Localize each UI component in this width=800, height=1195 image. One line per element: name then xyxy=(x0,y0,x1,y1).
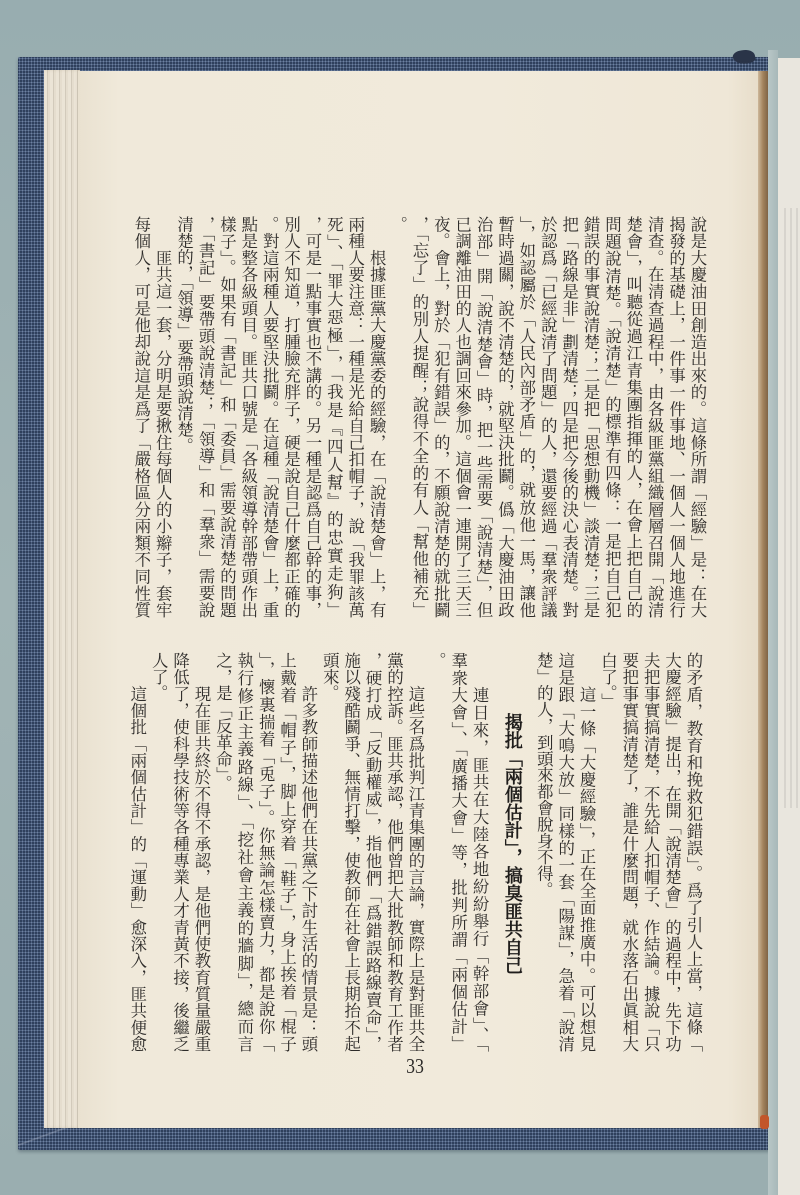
text-column: 人了。 xyxy=(148,652,169,1052)
text-column: 施以殘酷鬬爭、無情打擊，使教師在社會上長期抬不起 xyxy=(340,652,361,1052)
text-column: 說是大慶油田創造出來的。這條所謂「經驗」是：在大 xyxy=(687,216,708,618)
text-column: ，硬打成「反動權威」，指他們「爲錯誤路線賣命」， xyxy=(362,652,383,1052)
text-column: 把「路線是非」劃清楚；四是把今後的決心表清楚。對 xyxy=(558,216,579,618)
text-column: 這是跟「大鳴大放」同樣的一套「陽謀」，急着「說清 xyxy=(554,652,575,1052)
text-column: 現在匪共終於不得不承認，是他們使教育質量嚴重 xyxy=(191,652,212,1052)
page-stack-edge xyxy=(44,70,80,1128)
text-column: ，可是一點事實也不講的。另一種是認爲自己幹的事， xyxy=(302,216,323,618)
text-column: 問題說清楚。「說清楚」的標準有四條：一是把自己犯 xyxy=(601,216,622,618)
text-column: 清楚的，「領導」要帶頭說清楚。 xyxy=(173,216,194,618)
text-column: 根據匪黨大慶黨委的經驗，在「說清楚會」上，有 xyxy=(366,216,387,618)
text-column: ，「忘了」的別人提醒；說得不全的有人「幫他補充」 xyxy=(409,216,430,618)
text-column: 要把事實搞清楚了，誰是什麼問題，就水落石出眞相大 xyxy=(618,652,639,1052)
text-column: 夜。會上，對於「犯有錯誤」的，不願說清楚的就批鬬 xyxy=(430,216,451,618)
top-text-block: 說是大慶油田創造出來的。這條所謂「經驗」是：在大 揭發的基礎上，一件事一件事地、… xyxy=(130,216,708,618)
text-column: 這些名爲批判江青集團的言論，實際上是對匪共全 xyxy=(405,652,426,1052)
text-column: 降低了，使科學技術等各種專業人才青黃不接，後繼乏 xyxy=(169,652,190,1052)
text-column: 匪共這一套，分明是要揪住每個人的小辮子，套牢 xyxy=(152,216,173,618)
text-column: 這個批「兩個估計」的「運動」愈深入，匪共便愈 xyxy=(126,652,147,1052)
text-column: 死」、「罪大惡極」，「我是『四人幫』的忠實走狗」 xyxy=(323,216,344,618)
text-column: 別人不知道，打腫臉充胖子，硬是說自己什麼都正確的 xyxy=(280,216,301,618)
text-column: 清查。在清查過程中，由各級匪黨組織層層召開「說清 xyxy=(644,216,665,618)
text-column: 。 xyxy=(387,216,408,618)
text-column: 」，如認屬於「人民內部矛盾」的，就放他一馬，讓他 xyxy=(515,216,536,618)
text-column: 每個人，可是他却說這是爲了「嚴格區分兩類不同性質 xyxy=(130,216,151,618)
text-column: 頭來。 xyxy=(319,652,340,1052)
text-column: 許多教師描述他們在共黨之下討生活的情景是：頭 xyxy=(298,652,319,1052)
binding-strip xyxy=(768,50,778,1195)
text-column: 羣衆大會」、「廣播大會」等，批判所謂「兩個估計」 xyxy=(447,652,468,1052)
page-number: 33 xyxy=(398,1054,432,1079)
text-column: 樣子」。如果有「書記」和「委員」需要說清楚的問題 xyxy=(216,216,237,618)
text-column: 黨的控訴。匪共承認，他們曾把大批教師和教育工作者 xyxy=(383,652,404,1052)
text-column: 之，是「反革命」。 xyxy=(212,652,233,1052)
bottom-text-block: 的矛盾，教育和挽救犯錯誤」。爲了引人上當，這條「 大慶經驗」提出，在開「說清楚會… xyxy=(126,652,704,1052)
adjacent-page-edge xyxy=(778,58,800,1195)
text-column: 這一條「大慶經驗」，正在全面推廣中。可以想見 xyxy=(576,652,597,1052)
rust-stain xyxy=(760,1115,769,1129)
text-column: 連日來，匪共在大陸各地紛紛舉行「幹部會」、「 xyxy=(469,652,490,1052)
text-column: 揭發的基礎上，一件事一件事地、一個人一個人地進行 xyxy=(665,216,686,618)
text-column: 於認爲「已經說清了問題」的人，還要經過「羣衆評議 xyxy=(537,216,558,618)
text-column: 兩種人要注意：一種是光給自己扣帽子，說「我罪該萬 xyxy=(344,216,365,618)
text-column: 大慶經驗」提出，在開「說清楚會」的過程中，先下功 xyxy=(661,652,682,1052)
text-column: 執行修正主義路線」、「挖社會主義的牆脚」，總而言 xyxy=(233,652,254,1052)
text-column: 暫時過關，說不清楚的，就堅決批鬬。僞「大慶油田政 xyxy=(494,216,515,618)
text-column: 夫把事實搞清楚，不先給人扣帽子、作結論。據說「只 xyxy=(640,652,661,1052)
page-gutter xyxy=(758,71,768,1128)
text-column: 楚」的人，到頭來都會脫身不得。 xyxy=(533,652,554,1052)
text-column: 點是整各級頭目。匪共口號是「各級領導幹部帶頭作出 xyxy=(237,216,258,618)
text-column: 已調離油田的人也調回來參加。這個會一連開了三天三 xyxy=(451,216,472,618)
text-column: ，「書記」要帶頭說清楚；「領導」和「羣衆」需要說 xyxy=(195,216,216,618)
text-column: 錯誤的事實說清楚；二是把「思想動機」談清楚；三是 xyxy=(580,216,601,618)
section-heading: 揭批「兩個估計」，搞臭匪共自己 xyxy=(490,652,533,1052)
text-column: 上戴着「帽子」，脚上穿着「鞋子」，身上挨着「棍子 xyxy=(276,652,297,1052)
text-column: 」，懷裏揣着「兎子」。你無論怎樣賣力，都是說你「 xyxy=(255,652,276,1052)
text-column: 。對這兩種人要堅決批鬬。在這種「說清楚會」上，重 xyxy=(259,216,280,618)
text-column: 治部」開「說清楚會」時，把一些需要「說清楚」，但 xyxy=(473,216,494,618)
text-column: 。 xyxy=(426,652,447,1052)
text-column: 的矛盾，教育和挽救犯錯誤」。爲了引人上當，這條「 xyxy=(683,652,704,1052)
text-column: 楚會」，叫聽從過江青集團指揮的人，在會上把自己的 xyxy=(622,216,643,618)
text-column: 白了。」 xyxy=(597,652,618,1052)
